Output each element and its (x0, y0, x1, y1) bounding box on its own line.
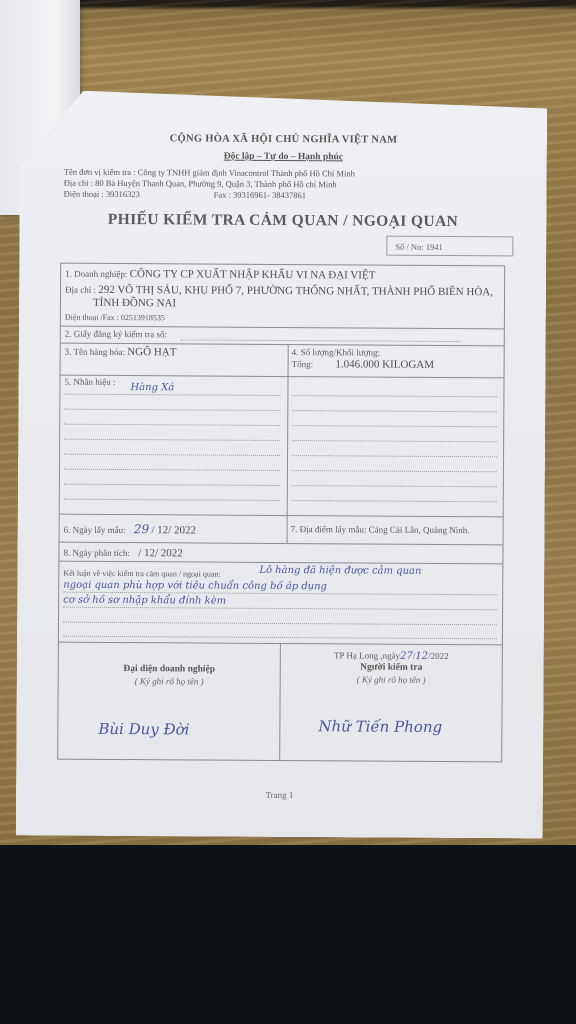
date-day-handwritten: 27 (400, 651, 413, 662)
conclusion-dotted-line (63, 622, 497, 626)
inspector-address: Địa chỉ : 80 Bà Huyện Thanh Quan, Phường… (64, 178, 337, 190)
brand-dotted-line (292, 440, 497, 442)
document-number: Số / No: 1941 (386, 236, 513, 257)
conclusion-handwritten-line2: ngoại quan phù hợp với tiêu chuẩn công b… (63, 580, 327, 593)
brand-dotted-line (64, 409, 280, 411)
conclusion-handwritten-line1: Lô hàng đã hiện được cảm quan (259, 565, 421, 577)
goods-field: 3. Tên hàng hóa: NGÔ HẠT (65, 346, 177, 359)
brand-dotted-line (64, 424, 280, 426)
sample-date-rest: / 12/ 2022 (151, 524, 196, 536)
goods-label: 3. Tên hàng hóa: (65, 347, 125, 357)
brand-dotted-line (292, 470, 497, 472)
brand-handwritten: Hàng Xá (130, 382, 174, 393)
enterprise-phone: Điện thoại /Fax : 02513918535 (65, 313, 165, 323)
brand-label: 5. Nhãn hiệu : (64, 377, 115, 387)
page-number: Trang 1 (16, 788, 543, 801)
country-heading: CỘNG HÒA XÃ HỘI CHỦ NGHĨA VIỆT NAM (20, 132, 547, 146)
brand-dotted-line (64, 439, 280, 441)
sample-date-label: 6. Ngày lấy mẫu: (64, 525, 126, 535)
registration-label: 2. Giấy đăng ký kiểm tra số: (65, 329, 167, 340)
right-signature: Nhữ Tiến Phong (318, 717, 442, 736)
divider (59, 561, 502, 565)
column-divider (287, 344, 289, 543)
enterprise-field: 1. Doanh nghiệp: CÔNG TY CP XUẤT NHẬP KH… (65, 268, 375, 282)
national-motto: Độc lập – Tự do – Hạnh phúc (20, 150, 547, 163)
right-place-date: TP Hạ Long ,ngày27/12/2022 (281, 650, 502, 662)
date-year: /2022 (428, 651, 449, 661)
brand-dotted-line (64, 484, 280, 486)
inspector-org: Tên đơn vị kiểm tra : Công ty TNHH giám … (64, 167, 355, 179)
conclusion-dotted-line (63, 607, 497, 611)
brand-dotted-line (292, 425, 497, 427)
document-title: PHIẾU KIỂM TRA CẢM QUAN / NGOẠI QUAN (19, 210, 546, 231)
left-signature: Bùi Duy Đời (98, 720, 189, 739)
brand-dotted-line (64, 469, 280, 471)
place-date-prefix: TP Hạ Long ,ngày (334, 650, 400, 660)
left-signatory-note: ( Ký ghi rõ họ tên ) (59, 676, 280, 687)
analysis-date-field: 8. Ngày phân tích: / 12/ 2022 (63, 547, 182, 560)
sample-date-day-handwritten: 29 (134, 522, 149, 536)
inspector-phone: Điện thoại : 39316323 (64, 189, 140, 199)
brand-dotted-line (64, 454, 280, 456)
quantity-total-label: Tổng: (292, 359, 314, 369)
brand-dotted-line (292, 395, 497, 397)
inspection-form-table: 1. Doanh nghiệp: CÔNG TY CP XUẤT NHẬP KH… (57, 263, 505, 763)
analysis-date-label: 8. Ngày phân tích: (63, 548, 130, 558)
left-signatory-title: Đại diện doanh nghiệp (59, 664, 280, 675)
enterprise-value: CÔNG TY CP XUẤT NHẬP KHẨU VI NA ĐẠI VIỆT (130, 268, 376, 282)
conclusion-handwritten-line3: cơ sở hồ sơ nhập khẩu đính kèm (63, 595, 226, 607)
address-value-line2: TỈNH ĐỒNG NAI (93, 297, 176, 310)
brand-dotted-line (292, 455, 497, 457)
sample-place-value: Cảng Cái Lân, Quảng Ninh. (369, 525, 470, 536)
divider (61, 375, 504, 379)
address-value-line1: 292 VÕ THỊ SÁU, KHU PHỐ 7, PHƯỜNG THỐNG … (98, 284, 493, 298)
quantity-label: 4. Số lượng/Khối lượng: (292, 347, 380, 358)
address-label: Địa chỉ : (65, 285, 96, 295)
analysis-date-value: / 12/ 2022 (138, 547, 183, 559)
conclusion-label: Kết luận về việc kiểm tra cảm quan / ngo… (63, 569, 220, 579)
inspection-certificate-page: CỘNG HÒA XÃ HỘI CHỦ NGHĨA VIỆT NAM Độc l… (16, 90, 548, 838)
brand-dotted-line (292, 410, 497, 412)
goods-value: NGÔ HẠT (127, 346, 176, 358)
date-month-handwritten: 12 (415, 651, 428, 662)
quantity-value: 1.046.000 KILOGAM (335, 358, 434, 371)
quantity-total: Tổng: 1.046.000 KILOGAM (292, 358, 435, 371)
inspector-fax: Fax : 39316961- 38437861 (214, 190, 306, 201)
conclusion-dotted-line (63, 636, 497, 640)
right-signatory-note: ( Ký ghi rõ họ tên ) (281, 674, 502, 685)
sample-place-field: 7. Địa điểm lấy mẫu: Cảng Cái Lân, Quảng… (291, 524, 470, 535)
right-signatory-title: Người kiểm tra (281, 662, 502, 673)
brand-dotted-lines (61, 264, 504, 267)
divider (60, 542, 503, 546)
divider (60, 514, 503, 518)
enterprise-label: 1. Doanh nghiệp: (65, 269, 127, 279)
brand-dotted-line (64, 394, 280, 396)
registration-dotted-line (181, 339, 461, 342)
brand-dotted-line (292, 500, 497, 502)
brand-dotted-line (64, 499, 280, 501)
sample-date-field: 6. Ngày lấy mẫu: 29 / 12/ 2022 (64, 522, 196, 537)
brand-dotted-line (292, 485, 497, 487)
sample-place-label: 7. Địa điểm lấy mẫu: (291, 524, 367, 534)
